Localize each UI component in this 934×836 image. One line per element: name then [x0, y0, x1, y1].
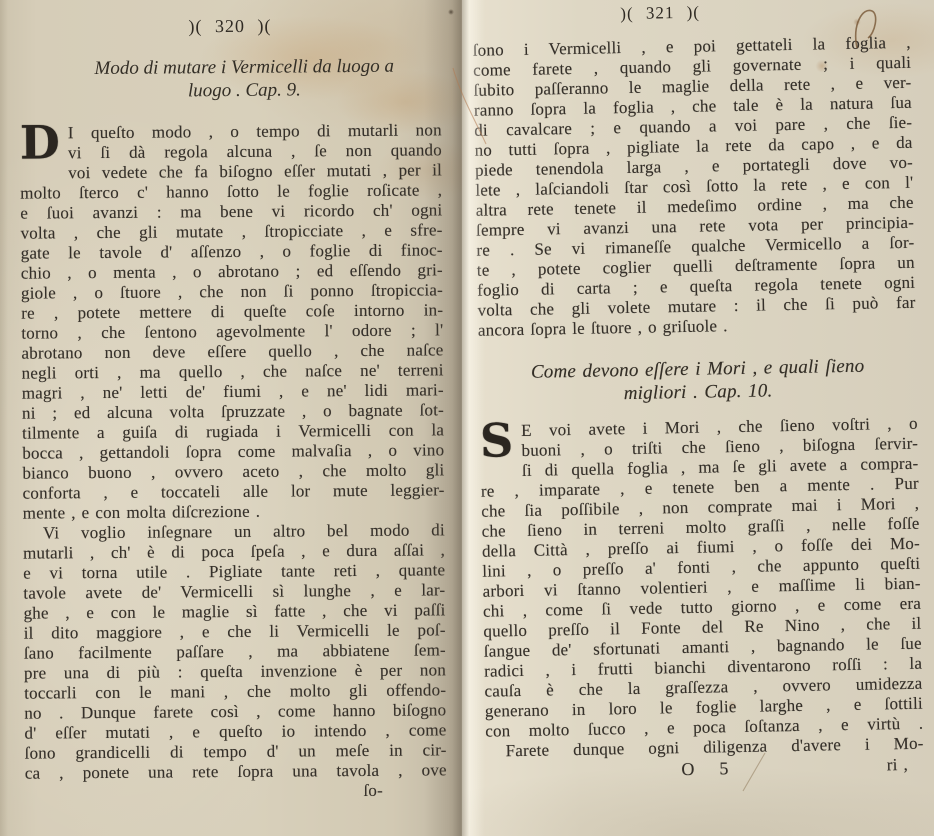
text-line: conforta , e toccateli alle lor mute leg…	[23, 480, 445, 503]
paragraph-mutare-2-lines: Vi voglio inſegnare un altro bel modo di…	[23, 520, 447, 783]
chapter-9-heading-line2: luogo . Cap. 9.	[47, 77, 441, 103]
page-320-content: )( 320 )( Modo di mutare i Vermicelli da…	[0, 0, 465, 836]
page-321-content: )( 321 )( ſono i Vermicelli , e poi gett…	[456, 0, 934, 836]
page-321: )( 321 )( ſono i Vermicelli , e poi gett…	[462, 0, 934, 836]
chapter-9-heading-line1: Modo di mutare i Vermicelli da luogo a	[47, 54, 441, 80]
drop-cap-S: S	[480, 421, 522, 463]
chapter-10-heading: Come devono eſſere i Mori , e quali ſien…	[478, 354, 917, 408]
drop-cap-D: D	[20, 123, 68, 164]
paragraph-mutare-1-lines: I queſto modo , o tempo di mutarli nonvi…	[20, 120, 445, 523]
catchword-right: ri ,	[887, 755, 909, 775]
book-scan: )( 320 )( Modo di mutare i Vermicelli da…	[0, 0, 934, 836]
text-line: ca , ponete una rete ſopra una tavola , …	[25, 760, 447, 783]
paragraph-mutare-1: D I queſto modo , o tempo di mutarli non…	[20, 120, 445, 523]
paragraph-mori-1: S E voi avete i Mori , che ſieno voſtri …	[480, 414, 924, 742]
paragraph-mutare-3: ſono i Vermicelli , e poi gettateli la f…	[473, 33, 916, 341]
catchword-left: ſo-	[363, 781, 383, 800]
page-321-body: ſono i Vermicelli , e poi gettateli la f…	[473, 33, 925, 783]
gathering-signature: O 5	[681, 758, 728, 779]
paragraph-mori-1-lines: E voi avete i Mori , che ſieno voſtri , …	[480, 414, 924, 742]
page-number-320: )( 320 )(	[19, 14, 441, 41]
page-number-321: )( 321 )(	[472, 0, 910, 31]
page-320-body: D I queſto modo , o tempo di mutarli non…	[20, 120, 447, 803]
paragraph-mutare-2: Vi voglio inſegnare un altro bel modo di…	[23, 520, 447, 783]
paragraph-mutare-3-lines: ſono i Vermicelli , e poi gettateli la f…	[473, 33, 916, 341]
page-320: )( 320 )( Modo di mutare i Vermicelli da…	[0, 0, 462, 836]
catchword-line-left: ſo-	[25, 780, 447, 803]
chapter-9-heading: Modo di mutare i Vermicelli da luogo a l…	[19, 54, 441, 103]
